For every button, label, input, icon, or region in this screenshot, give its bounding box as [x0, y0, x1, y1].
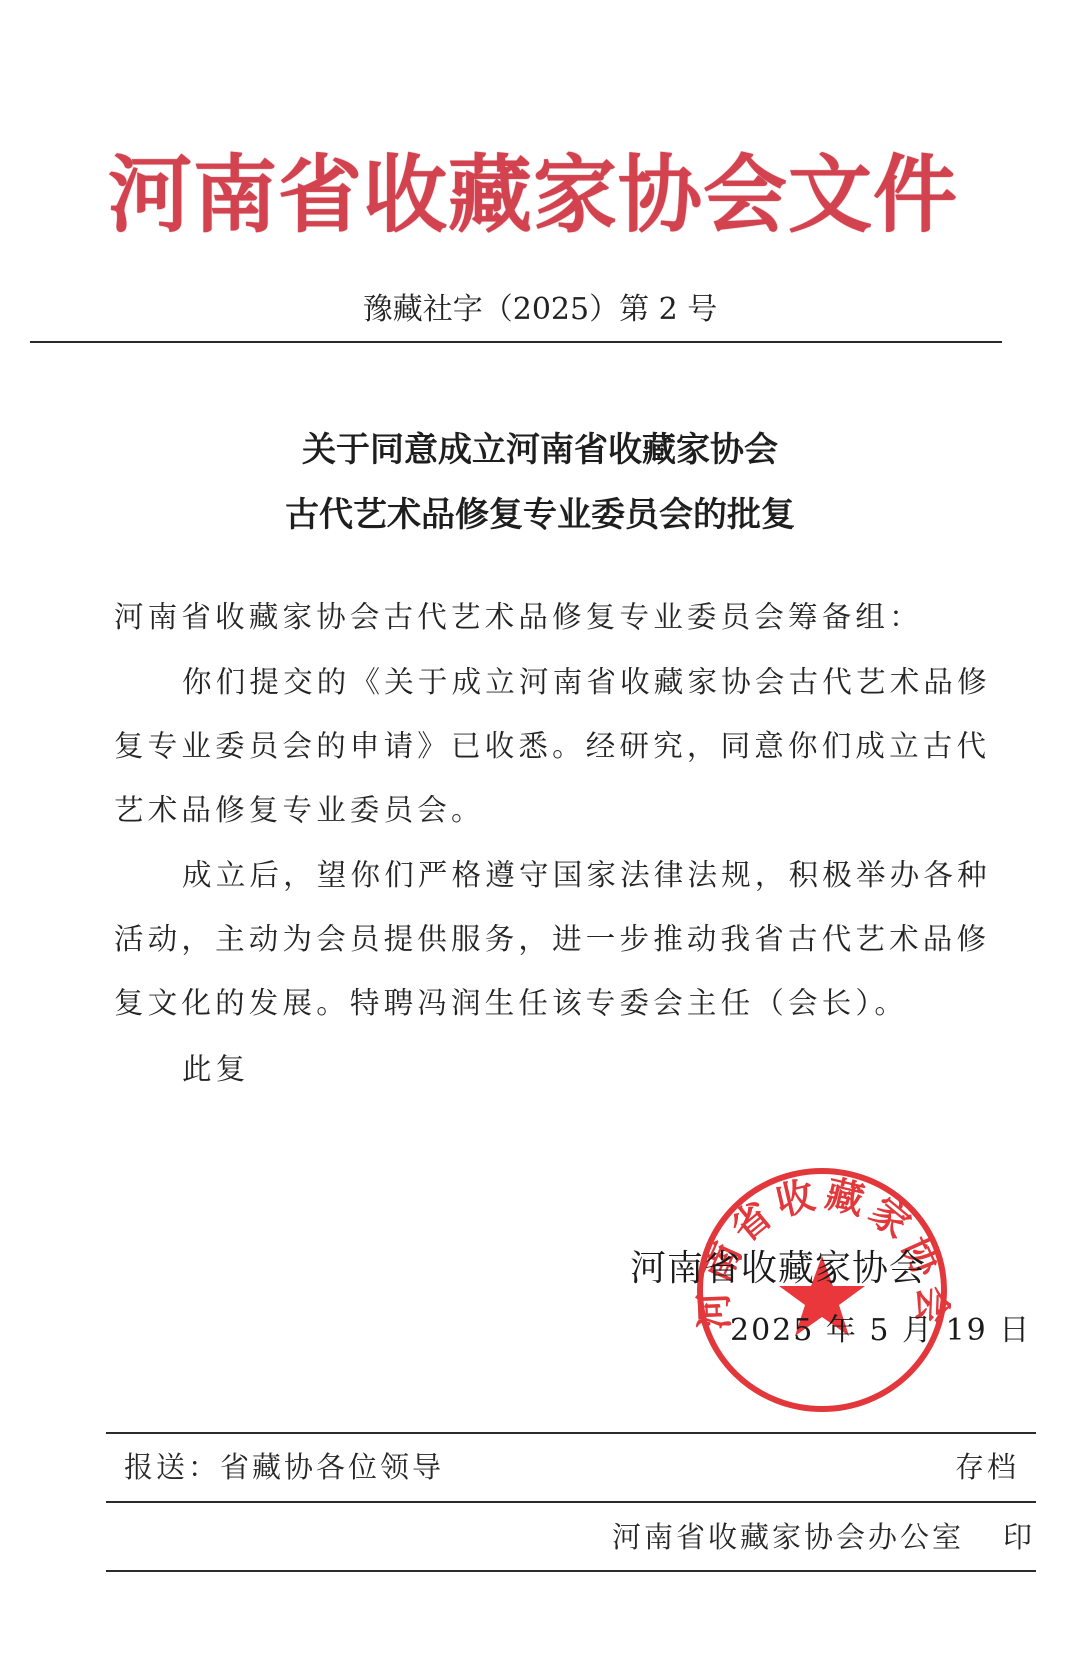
body-line: 你们提交的《关于成立河南省收藏家协会古代艺术品修	[182, 662, 991, 702]
footer-divider-bottom	[106, 1570, 1036, 1572]
body-line: 艺术品修复专业委员会。	[114, 790, 485, 830]
header-divider	[30, 341, 1002, 343]
print-label: 印	[1003, 1517, 1035, 1557]
document-masthead: 河南省收藏家协会文件	[108, 140, 928, 250]
archive-label: 存档	[955, 1447, 1019, 1487]
document-title-line-1: 关于同意成立河南省收藏家协会	[0, 428, 1080, 472]
document-number: 豫藏社字（2025）第 2 号	[0, 290, 1080, 330]
salutation: 河南省收藏家协会古代艺术品修复专业委员会筹备组：	[114, 597, 923, 637]
issue-date: 2025 年 5 月 19 日	[730, 1305, 1031, 1349]
body-line: 活动，主动为会员提供服务，进一步推动我省古代艺术品修	[114, 919, 990, 959]
closing-phrase: 此复	[182, 1049, 249, 1089]
body-line: 复文化的发展。特聘冯润生任该专委会主任（会长）。	[114, 983, 908, 1023]
body-line: 成立后，望你们严格遵守国家法律法规，积极举办各种	[182, 855, 991, 895]
signature-organization: 河南省收藏家协会	[630, 1240, 926, 1291]
footer-divider-middle	[106, 1501, 1036, 1503]
issuing-office: 河南省收藏家协会办公室	[612, 1517, 964, 1557]
cc-recipients: 报送：省藏协各位领导	[124, 1447, 444, 1487]
body-line: 复专业委员会的申请》已收悉。经研究，同意你们成立古代	[114, 726, 990, 766]
footer-divider-top	[106, 1432, 1036, 1434]
document-title-line-2: 古代艺术品修复专业委员会的批复	[0, 493, 1080, 537]
